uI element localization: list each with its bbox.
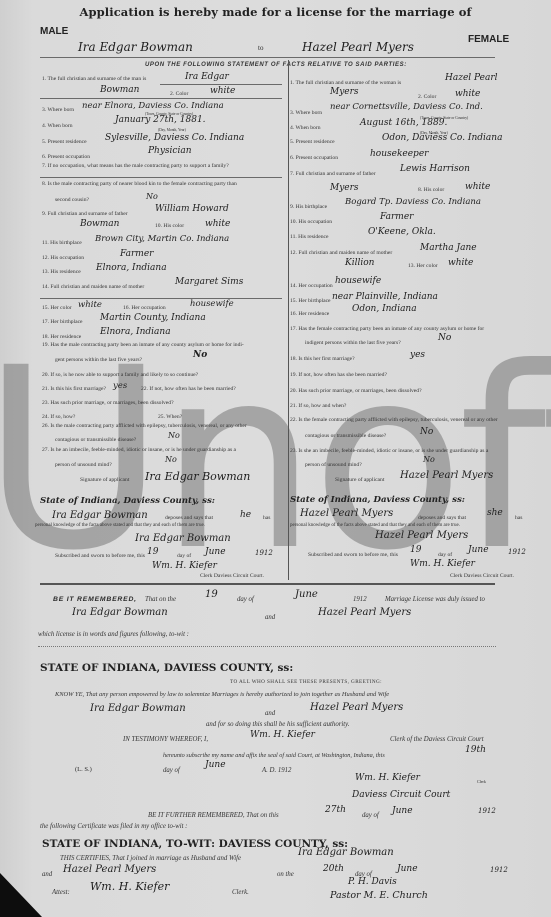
male-q12: 12. His occupation: [42, 255, 84, 261]
female-q23b: person of unsound mind?: [305, 462, 362, 468]
certificate-clerk: Clerk.: [232, 889, 249, 896]
groom-name: Ira Edgar Bowman: [78, 40, 193, 54]
female-q9: 9. His birthplace: [290, 204, 327, 210]
male-a1b: Bowman: [100, 85, 139, 95]
male-a18: Elnora, Indiana: [100, 327, 171, 337]
male-q6: 6. Present occupation: [42, 154, 90, 160]
female-affiant: Hazel Pearl Myers: [300, 508, 393, 519]
male-q27b: person of unsound mind?: [55, 462, 112, 468]
remembered-bride: Hazel Pearl Myers: [318, 607, 411, 618]
female-state-heading: State of Indiana, Daviess County, ss:: [290, 495, 465, 505]
remembered-words: which license is in words and figures fo…: [38, 631, 189, 638]
female-a22: No: [420, 427, 433, 437]
rule: [40, 98, 282, 99]
female-affiant-signature: Hazel Pearl Myers: [375, 530, 468, 541]
license-and: and: [265, 710, 275, 717]
remembered-day-of: day of: [237, 596, 254, 603]
male-a2: white: [210, 86, 235, 96]
male-affiant-signature: Ira Edgar Bowman: [135, 533, 231, 544]
male-label: MALE: [40, 26, 68, 37]
male-hint4: (Day, Month, Year): [158, 128, 186, 132]
further-filed: the following Certificate was filed in m…: [40, 823, 187, 830]
further-year: 1912: [478, 807, 496, 815]
license-clerk-signature: Wm. H. Kiefer: [355, 773, 420, 783]
female-clerk-signature: Wm. H. Kiefer: [410, 559, 475, 569]
male-q23: 23. Has such prior marriage, or marriage…: [42, 400, 174, 406]
male-q15: 15. Her color: [42, 305, 72, 311]
male-q8b: second cousin?: [55, 197, 89, 203]
certificate-year: 1912: [490, 866, 508, 874]
female-q22a: 22. Is the female contracting party affl…: [290, 417, 498, 423]
female-a17: No: [438, 333, 451, 343]
male-q9: 9. Full christian and surname of father: [42, 211, 128, 217]
section-divider: [40, 583, 495, 585]
female-knowledge: personal knowledge of the facts above st…: [290, 523, 460, 528]
female-a16: Odon, Indiana: [352, 304, 417, 314]
male-q5: 5. Present residence: [42, 139, 87, 145]
female-q14: 14. Her occupation: [290, 283, 333, 289]
male-knowledge: personal knowledge of the facts above st…: [35, 523, 205, 528]
male-a19: No: [193, 350, 207, 360]
male-q18: 18. Her residence: [42, 334, 81, 340]
male-q2: 2. Color: [170, 91, 188, 97]
female-sworn-month: June: [468, 545, 489, 555]
license-know-ye: KNOW YE, That any person empowered by la…: [55, 691, 389, 698]
rule: [160, 84, 282, 85]
male-a5: Sylesville, Daviess Co. Indiana: [105, 133, 244, 143]
female-q12: 12. Full christian and maiden name of mo…: [290, 250, 392, 256]
female-q17b: indigent persons within the last five ye…: [305, 340, 401, 346]
female-a12b: Killion: [345, 258, 374, 268]
male-q24: 24. If so, how?: [42, 414, 75, 420]
male-a6: Physician: [148, 146, 192, 156]
male-q3: 3. Where born: [42, 107, 74, 113]
male-state-heading: State of Indiana, Daviess County, ss:: [40, 496, 215, 506]
male-a9a: William Howard: [155, 204, 229, 214]
certificate-on-the: on the: [277, 871, 294, 878]
male-q16: 16. Her occupation: [123, 305, 166, 311]
male-day-of: day of: [177, 553, 191, 559]
rule: [40, 298, 282, 299]
license-greeting: TO ALL WHO SHALL SEE THESE PRESENTS, GRE…: [230, 679, 382, 685]
male-q14: 14. Full christian and maiden name of mo…: [42, 284, 144, 290]
license-court-signature: Daviess Circuit Court: [352, 790, 450, 800]
license-subscribe: hereunto subscribe my name and affix the…: [163, 752, 385, 759]
male-clerk-signature: Wm. H. Kiefer: [152, 561, 217, 571]
statement-subheading: UPON THE FOLLOWING STATEMENT OF FACTS RE…: [145, 62, 407, 68]
certificate-certifies: THIS CERTIFIES, That I joined in marriag…: [60, 855, 241, 862]
remembered-and: and: [265, 614, 275, 621]
female-a15: near Plainville, Indiana: [332, 292, 438, 302]
male-signature: Ira Edgar Bowman: [145, 470, 250, 483]
male-q22: 22. If not, how often has he been marrie…: [141, 386, 236, 392]
certificate-day: 20th: [323, 864, 344, 874]
male-a15: white: [78, 300, 102, 310]
female-q21: 21. If so, how and when?: [290, 403, 346, 409]
application-title: Application is hereby made for a license…: [0, 5, 551, 19]
male-a14: Margaret Sims: [175, 277, 243, 287]
male-sworn-month: June: [205, 547, 226, 557]
female-q23a: 23. Is she an imbecile, feeble-minded, i…: [290, 448, 488, 454]
male-q13: 13. His residence: [42, 269, 81, 275]
female-q22b: contagious or transmissible disease?: [305, 433, 386, 439]
female-sworn: Subscribed and sworn to before me, this: [308, 552, 398, 558]
further-lead: BE IT FURTHER REMEMBERED, That on this: [148, 812, 279, 819]
male-q17: 17. Her birthplace: [42, 319, 83, 325]
names-line: [40, 57, 495, 58]
female-sworn-day: 19: [410, 545, 421, 555]
female-q16: 16. Her residence: [290, 311, 329, 317]
license-clerk-name: Wm. H. Kiefer: [250, 730, 315, 740]
female-q7: 7. Full christian and surname of father: [290, 171, 376, 177]
certificate-and: and: [42, 871, 52, 878]
male-a21: yes: [113, 381, 127, 391]
male-q7: 7. If no occupation, what means has the …: [42, 163, 229, 169]
female-q3: 3. Where born: [290, 110, 322, 116]
male-a16: housewife: [190, 299, 234, 309]
female-signature-label: Signature of applicant: [335, 477, 384, 483]
female-a7b: Myers: [330, 183, 359, 193]
remembered-groom: Ira Edgar Bowman: [72, 607, 168, 618]
female-q6: 6. Present occupation: [290, 155, 338, 161]
male-a26: No: [168, 431, 180, 440]
female-label: FEMALE: [468, 34, 509, 45]
female-q4: 4. When born: [290, 125, 321, 131]
male-a13: Elnora, Indiana: [96, 263, 167, 273]
male-affiant: Ira Edgar Bowman: [52, 510, 148, 521]
female-q20: 20. Has such prior marriage, or marriage…: [290, 388, 422, 394]
male-a8: No: [146, 192, 158, 201]
male-q26a: 26. Is the male contracting party afflic…: [42, 423, 247, 429]
male-a11: Brown City, Martin Co. Indiana: [95, 234, 229, 244]
male-q20: 20. If so, is he now able to support a f…: [42, 372, 198, 378]
male-signature-label: Signature of applicant: [80, 477, 129, 483]
female-q8: 8. His color: [418, 187, 444, 193]
female-q18: 18. Is this her first marriage?: [290, 356, 355, 362]
remembered-year: 1912: [353, 596, 367, 603]
license-heading: STATE OF INDIANA, DAVIESS COUNTY, ss:: [40, 662, 293, 674]
female-q5: 5. Present residence: [290, 139, 335, 145]
female-q2: 2. Color: [418, 94, 436, 100]
female-q19: 19. If not, how often has she been marri…: [290, 372, 387, 378]
female-a11: O'Keene, Okla.: [368, 227, 436, 237]
male-sworn-day: 19: [147, 547, 158, 557]
female-a14: housewife: [335, 276, 381, 286]
male-has: has: [263, 515, 270, 521]
male-q19b: gent persons within the last five years?: [55, 357, 142, 363]
certificate-officiant-title: Pastor M. E. Church: [330, 890, 428, 901]
female-q1: 1. The full christian and surname of the…: [290, 80, 401, 86]
female-a8: white: [465, 182, 490, 192]
female-q10: 10. His occupation: [290, 219, 332, 225]
female-pronoun: she: [487, 508, 503, 518]
license-bride: Hazel Pearl Myers: [310, 702, 403, 713]
column-divider: [288, 60, 289, 580]
remembered-day: 19: [205, 589, 218, 600]
male-sworn: Subscribed and sworn to before me, this: [55, 553, 145, 559]
license-month: June: [205, 760, 226, 770]
license-day: 19th: [465, 745, 486, 755]
remembered-issued: Marriage License was duly issued to: [385, 596, 485, 603]
male-q21: 21. Is this his first marriage?: [42, 386, 106, 392]
female-a3: near Cornettsville, Daviess Co. Ind.: [330, 102, 483, 112]
male-a3: near Elnora, Daviess Co. Indiana: [82, 101, 224, 111]
male-q8a: 8. Is the male contracting party of near…: [42, 181, 237, 187]
remembered-that-on: That on the: [145, 596, 176, 603]
female-a9: Bogard Tp. Daviess Co. Indiana: [345, 197, 481, 207]
further-month: June: [392, 806, 413, 816]
male-q1: 1. The full christian and surname of the…: [42, 76, 146, 82]
male-deposes: deposes and says that: [165, 515, 213, 521]
female-a2: white: [455, 89, 480, 99]
female-clerk-label: Clerk Daviess Circuit Court.: [450, 573, 514, 579]
female-a23: No: [423, 455, 435, 464]
female-q13: 13. Her color: [408, 263, 438, 269]
further-day: 27th: [325, 805, 346, 815]
female-q17a: 17. Has the female contracting party bee…: [290, 326, 484, 332]
marriage-license-document: Unofficia Application is hereby made for…: [0, 0, 551, 917]
female-a7a: Lewis Harrison: [400, 164, 470, 174]
male-q10: 10. His color: [155, 223, 184, 229]
rule: [40, 177, 282, 178]
certificate-officiant: P. H. Davis: [348, 877, 397, 887]
male-q4: 4. When born: [42, 123, 73, 129]
male-a17: Martin County, Indiana: [100, 313, 206, 323]
male-a10: white: [205, 219, 230, 229]
female-day-of: day of: [438, 552, 452, 558]
certificate-bride: Hazel Pearl Myers: [63, 864, 156, 875]
license-groom: Ira Edgar Bowman: [90, 703, 186, 714]
male-q27a: 27. Is he an imbecile, feeble-minded, id…: [42, 447, 236, 453]
license-testimony: IN TESTIMONY WHEREOF, I,: [123, 736, 208, 743]
female-a13: white: [448, 258, 473, 268]
license-authority: and for so doing this shall be his suffi…: [206, 721, 350, 728]
female-a6: housekeeper: [370, 149, 428, 159]
male-a27: No: [165, 455, 177, 464]
female-a1a: Hazel Pearl: [445, 73, 498, 83]
male-a1a: Ira Edgar: [185, 72, 229, 82]
female-signature: Hazel Pearl Myers: [400, 470, 493, 481]
certificate-attest-signature: Wm. H. Kiefer: [90, 880, 169, 893]
female-deposes: deposes and says that: [418, 515, 466, 521]
female-sworn-year: 1912: [508, 548, 526, 556]
remembered-month: June: [295, 589, 318, 600]
rule: [38, 646, 496, 647]
scan-corner-shadow: [0, 873, 42, 917]
female-a18: yes: [410, 350, 425, 360]
male-pronoun: he: [240, 510, 251, 520]
remembered-lead: BE IT REMEMBERED,: [53, 596, 137, 603]
female-a1b: Myers: [330, 87, 359, 97]
female-a12a: Martha Jane: [420, 243, 477, 253]
certificate-groom: Ira Edgar Bowman: [298, 847, 394, 858]
female-q11: 11. His residence: [290, 234, 328, 240]
license-seal-ls: (L. S.): [75, 766, 92, 773]
female-has: has: [515, 515, 522, 521]
male-sworn-year: 1912: [255, 549, 273, 557]
certificate-attest: Attest:: [52, 889, 70, 896]
license-day-of: day of: [163, 767, 180, 774]
license-ad: A. D. 1912: [262, 767, 291, 774]
female-a5: Odon, Daviess Co. Indiana: [382, 133, 502, 143]
license-clerk-small: Clerk: [477, 779, 486, 784]
male-clerk-label: Clerk Daviess Circuit Court.: [200, 573, 264, 579]
male-q19a: 19. Has the male contracting party been …: [42, 342, 244, 348]
female-a4: August 16th, 1889.: [360, 118, 447, 128]
male-q11: 11. His birthplace: [42, 240, 82, 246]
male-q25: 25. When?: [158, 414, 182, 420]
license-clerk-of: Clerk of the Daviess Circuit Court: [390, 736, 484, 743]
certificate-month: June: [397, 864, 418, 874]
further-day-of: day of: [362, 812, 379, 819]
male-q26b: contagious or transmissible disease?: [55, 437, 136, 443]
female-q15: 15. Her birthplace: [290, 298, 331, 304]
male-a9b: Bowman: [80, 219, 119, 229]
male-a4: January 27th, 1881.: [115, 115, 206, 125]
female-a10: Farmer: [380, 212, 413, 222]
connector-to: to: [258, 44, 263, 52]
male-a12: Farmer: [120, 249, 153, 259]
bride-name: Hazel Pearl Myers: [302, 40, 414, 54]
